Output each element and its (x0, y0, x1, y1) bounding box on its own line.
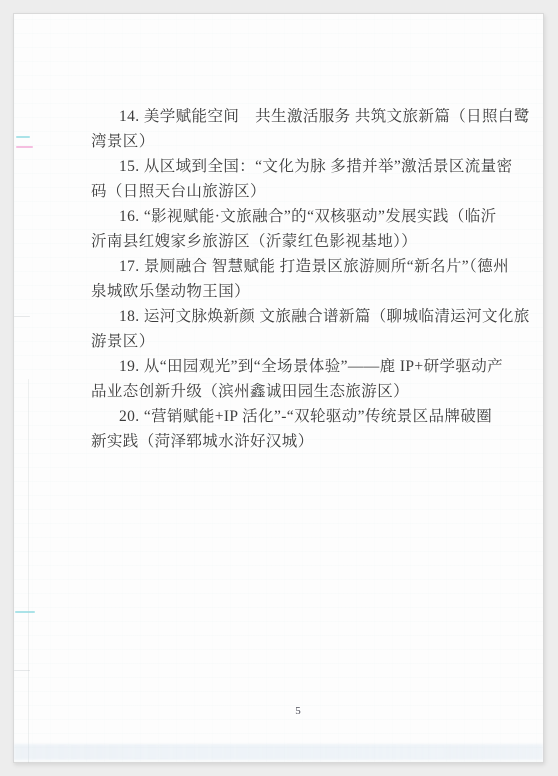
numbered-list: 14. 美学赋能空间 共生激活服务 共筑文旅新篇（日照白鹭 湾景区） 15. 从… (91, 104, 543, 454)
document-page: 14. 美学赋能空间 共生激活服务 共筑文旅新篇（日照白鹭 湾景区） 15. 从… (13, 13, 544, 763)
list-item-17-line-2: 泉城欧乐堡动物王国） (91, 279, 543, 304)
list-item-18-line-2: 游景区） (91, 329, 543, 354)
list-item-14-line-1: 14. 美学赋能空间 共生激活服务 共筑文旅新篇（日照白鹭 (91, 104, 543, 129)
list-item-20-line-1: 20. “营销赋能+IP 活化”-“双轮驱动”传统景区品牌破圈 (91, 404, 543, 429)
scan-artifact-edge-line-2 (14, 670, 30, 671)
scan-artifact-edge-line-1 (14, 316, 30, 317)
scan-artifact-cyan-bottom (15, 611, 35, 613)
scan-bottom-tint (14, 744, 543, 760)
list-item-15-line-2: 码（日照天台山旅游区） (91, 179, 543, 204)
scan-artifact-cyan-top (16, 136, 30, 138)
list-item-19-line-1: 19. 从“田园观光”到“全场景体验”——鹿 IP+研学驱动产 (91, 354, 543, 379)
list-item-18-line-1: 18. 运河文脉焕新颜 文旅融合谱新篇（聊城临清运河文化旅 (91, 304, 543, 329)
list-item-15-line-1: 15. 从区域到全国：“文化为脉 多措并举”激活景区流量密 (91, 154, 543, 179)
list-item-16-line-2: 沂南县红嫂家乡旅游区（沂蒙红色影视基地）） (91, 229, 543, 254)
page-number: 5 (286, 705, 310, 717)
list-item-19-line-2: 品业态创新升级（滨州鑫诚田园生态旅游区） (91, 379, 543, 404)
list-item-17-line-1: 17. 景厕融合 智慧赋能 打造景区旅游厕所“新名片”（德州 (91, 254, 543, 279)
scanned-document-view: 14. 美学赋能空间 共生激活服务 共筑文旅新篇（日照白鹭 湾景区） 15. 从… (0, 0, 558, 776)
list-item-20-line-2: 新实践（菏泽郓城水浒好汉城） (91, 429, 543, 454)
list-item-14-line-2: 湾景区） (91, 129, 543, 154)
list-item-16-line-1: 16. “影视赋能·文旅融合”的“双核驱动”发展实践（临沂 (91, 204, 543, 229)
scan-artifact-fold-line (28, 379, 29, 763)
scan-artifact-magenta (16, 146, 33, 148)
